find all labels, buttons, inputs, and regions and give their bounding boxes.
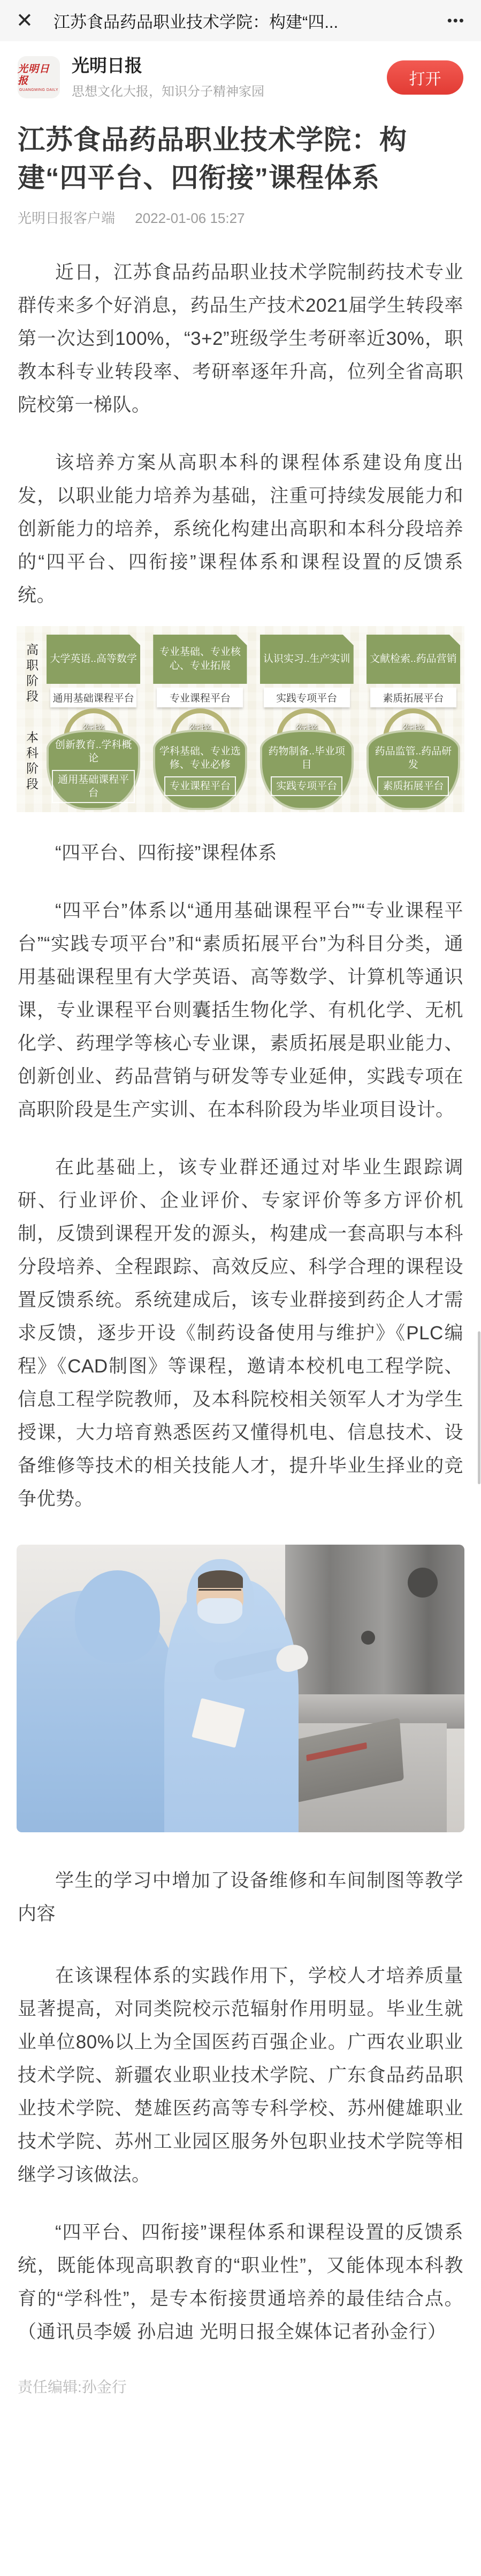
diagram-bottom-platform-3: 实践专项平台 [271, 776, 342, 796]
logo-english: GUANGMING DAILY [19, 88, 58, 92]
topbar-title: 江苏食品药品职业技术学院：构建“四... [54, 9, 447, 33]
byline: 光明日报客户端 2022-01-06 15:27 [18, 207, 463, 227]
article-title: 江苏食品药品职业技术学院：构建“四平台、四衔接”课程体系 [18, 121, 463, 197]
editor-note: 责任编辑:孙金行 [18, 2376, 463, 2397]
diagram-top-courses-1: 大学英语..高等数学 [47, 635, 140, 684]
page: ✕ 江苏食品药品职业技术学院：构建“四... ••• 光明日报 GUANGMIN… [0, 0, 481, 2576]
diagram-bottom-platform-2: 专业课程平台 [164, 776, 236, 796]
diagram-bottom-col-1: 创新教育..学科概论 通用基础课程平台 [47, 730, 140, 810]
diagram-bottom-courses-4: 药品监管..药品研发 [372, 745, 455, 772]
paragraph-3: “四平台”体系以“通用基础课程平台”“专业课程平台”“实践专项平台”和“素质拓展… [18, 894, 463, 1127]
connector-1: 衔接 [47, 708, 140, 730]
article-source: 光明日报客户端 [18, 210, 115, 226]
app-meta: 光明日报 思想文化大报，知识分子精神家园 [72, 55, 387, 99]
photo-caption: 学生的学习中增加了设备维修和车间制图等教学内容 [18, 1864, 463, 1931]
photo-student-glasses [198, 1589, 241, 1595]
diagram-top-platform-1: 通用基础课程平台 [50, 688, 136, 707]
diagram-basket-1: 创新教育..学科概论 通用基础课程平台 [47, 730, 140, 810]
diagram-basket-2: 学科基础、专业选修、专业必修 专业课程平台 [153, 730, 247, 810]
connector-2: 衔接 [153, 708, 247, 730]
diagram-top-col-4: 文献检索..药品营销 素质拓展平台 [367, 635, 460, 707]
app-name: 光明日报 [72, 55, 387, 76]
diagram-bottom-courses-3: 药物制备..毕业项目 [265, 745, 348, 772]
diagram-top-col-3: 认识实习..生产实训 实践专项平台 [260, 635, 354, 707]
article-timestamp: 2022-01-06 15:27 [135, 210, 245, 226]
diagram-basket-3: 药物制备..毕业项目 实践专项平台 [260, 730, 354, 810]
connector-4: 衔接 [367, 708, 460, 730]
diagram-top-courses-4: 文献检索..药品营销 [367, 635, 460, 684]
diagram-top-col-1: 大学英语..高等数学 通用基础课程平台 [47, 635, 140, 707]
guangming-daily-logo: 光明日报 GUANGMING DAILY [18, 56, 60, 98]
diagram-bottom-courses-1: 创新教育..学科概论 [52, 738, 135, 765]
photo-machine-dial [408, 1568, 438, 1598]
diagram-stage-undergraduate: 本科阶段 [23, 731, 41, 793]
figure-caption: “四平台、四衔接”课程体系 [18, 837, 463, 870]
diagram-top-row: 大学英语..高等数学 通用基础课程平台 专业基础、专业核心、专业拓展 专业课程平… [47, 635, 460, 707]
diagram-bottom-courses-2: 学科基础、专业选修、专业必修 [158, 745, 241, 772]
app-tagline: 思想文化大报，知识分子精神家园 [72, 81, 387, 99]
diagram-bottom-platform-4: 素质拓展平台 [377, 776, 449, 796]
diagram-stage-vocational: 高职阶段 [23, 643, 41, 705]
photo-student-mask [197, 1598, 242, 1624]
diagram-top-col-2: 专业基础、专业核心、专业拓展 专业课程平台 [153, 635, 247, 707]
more-menu-icon[interactable]: ••• [447, 12, 465, 29]
logo-calligraphy: 光明日报 [18, 63, 60, 87]
diagram-top-courses-3: 认识实习..生产实训 [260, 635, 354, 684]
photo-student-hair [198, 1570, 243, 1587]
diagram-top-courses-2: 专业基础、专业核心、专业拓展 [153, 635, 247, 684]
connector-3: 衔接 [260, 708, 354, 730]
topbar: ✕ 江苏食品药品职业技术学院：构建“四... ••• [0, 0, 481, 41]
photo-panel-display [306, 1742, 367, 1761]
diagram-bottom-col-2: 学科基础、专业选修、专业必修 专业课程平台 [153, 730, 247, 810]
diagram-bottom-row: 创新教育..学科概论 通用基础课程平台 学科基础、专业选修、专业必修 专业课程平… [47, 730, 460, 810]
photo-machine [285, 1545, 464, 1711]
app-banner: 光明日报 GUANGMING DAILY 光明日报 思想文化大报，知识分子精神家… [0, 41, 481, 112]
paragraph-1: 近日，江苏食品药品职业技术学院制药技术专业群传来多个好消息，药品生产技术2021… [18, 256, 463, 422]
diagram-bottom-col-4: 药品监管..药品研发 素质拓展平台 [367, 730, 460, 810]
article-photo[interactable] [17, 1545, 464, 1832]
diagram-bottom-platform-1: 通用基础课程平台 [52, 770, 135, 803]
diagram-basket-4: 药品监管..药品研发 素质拓展平台 [367, 730, 460, 810]
scrollbar-thumb[interactable] [478, 1331, 480, 1484]
close-icon[interactable]: ✕ [16, 9, 54, 33]
paragraph-5: 在该课程体系的实践作用下，学校人才培养质量显著提高，对同类院校示范辐射作用明显。… [18, 1960, 463, 2192]
open-app-button[interactable]: 打开 [387, 60, 463, 95]
curriculum-diagram-image[interactable]: 高职阶段 本科阶段 大学英语..高等数学 通用基础课程平台 专业基础、专业核心、… [17, 626, 464, 812]
photo-machine-knob [361, 1631, 375, 1645]
photo-student-left-hood [75, 1570, 160, 1662]
diagram-connectors: 衔接 衔接 衔接 衔接 [47, 708, 460, 730]
diagram-top-platform-4: 素质拓展平台 [370, 688, 456, 707]
paragraph-2: 该培养方案从高职本科的课程体系建设角度出发，以职业能力培养为基础，注重可持续发展… [18, 446, 463, 612]
diagram-top-platform-2: 专业课程平台 [157, 688, 243, 707]
paragraph-6: “四平台、四衔接”课程体系和课程设置的反馈系统，既能体现高职教育的“职业性”，又… [18, 2216, 463, 2349]
diagram-bottom-col-3: 药物制备..毕业项目 实践专项平台 [260, 730, 354, 810]
diagram-top-platform-3: 实践专项平台 [264, 688, 350, 707]
paragraph-4: 在此基础上，该专业群还通过对毕业生跟踪调研、行业评价、企业评价、专家评价等多方评… [18, 1151, 463, 1516]
